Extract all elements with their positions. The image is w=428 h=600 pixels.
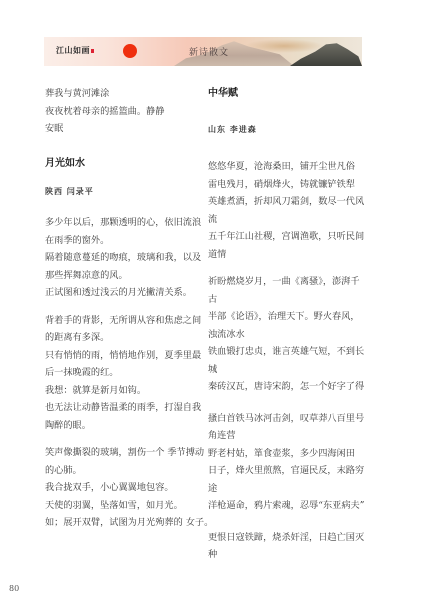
poem-line: 背着手的背影，无所谓从容和焦虑之间 — [45, 312, 191, 330]
poem-line: 古 — [208, 291, 376, 309]
poem-line: 悠悠华夏，沧海桑田，铺开尘世凡俗 — [208, 158, 376, 176]
poem-line: 日子，烽火里煎熬，官逼民反，末路穷 — [208, 462, 376, 480]
poem-line: 陶醉的眼。 — [45, 417, 191, 435]
poem-line: 的距离有多深。 — [45, 329, 191, 347]
poem-line: 笑声像撕裂的玻璃，割伤一个 季节搏动 — [45, 444, 191, 462]
poem-line: 搔白首铁马冰河击剑，叹草莽八百里号 — [208, 410, 376, 428]
poem-line: 后一抹晚霞的红。 — [45, 364, 191, 382]
poem-line: 种 — [208, 546, 376, 564]
intro-line: 葬我与黄河滩涂 — [45, 85, 191, 103]
poem-line: 半部《论语》，治理天下。野火春风， — [208, 308, 376, 326]
poem-line: 野老村姑，箪食壶浆，多少四海闲田 — [208, 445, 376, 463]
poem-line: 城 — [208, 361, 376, 379]
banner-section-title: 新诗散文 — [189, 45, 229, 58]
poem-line: 更恨日寇铁蹄，烧杀奸淫，日趋亡国灭 — [208, 529, 376, 547]
poem-line: 铁血锻打忠贞，谁言英雄气短，不到长 — [208, 343, 376, 361]
header-banner: 江山如画 新诗散文 — [44, 37, 362, 66]
poem-line: 也无法让动静皆温柔的雨季，打湿自我 — [45, 399, 191, 417]
poem-line: 的心肺。 — [45, 462, 191, 480]
poem-line: 正试图和透过浅云的月光撇清关系。 — [45, 284, 191, 302]
poem-line: 隔着随意蔓延的吻痕，玻璃和我，以及 — [45, 249, 191, 267]
poem-title: 月光如水 — [45, 155, 191, 173]
poem-line: 那些挥舞凉意的风。 — [45, 267, 191, 285]
poem-line: 浊流冰水 — [208, 326, 376, 344]
poem-line: 多少年以后，那颗透明的心，依旧流浪 — [45, 214, 191, 232]
poem-line: 在雨季的窗外。 — [45, 232, 191, 250]
left-column: 葬我与黄河滩涂 夜夜枕着母亲的摇篮曲。静静 安眠 月光如水 陕西 闫录平 多少年… — [45, 85, 191, 532]
intro-line: 夜夜枕着母亲的摇篮曲。静静 — [45, 103, 191, 121]
poem-line: 英雄煮酒，折却风刀霜剑，数尽一代风 — [208, 193, 376, 211]
poem-line: 五千年江山社稷，宫调渔歌，只听民间 — [208, 228, 376, 246]
poem-line: 洋枪逼命，鸦片索魂，忍辱“东亚病夫” — [208, 497, 376, 515]
poem-line: 我想：就算是新月如钩。 — [45, 382, 191, 400]
right-column: 中华赋 山东 李进森 悠悠华夏，沧海桑田，铺开尘世凡俗 雷电残月，硝烟烽火，铸就… — [208, 85, 376, 564]
banner-brand: 江山如画 — [56, 45, 94, 56]
seal-icon — [91, 49, 94, 53]
poem-line: 如；展开双臂，试图为月光殉葬的 女子。 — [45, 514, 191, 532]
poem-line: 天使的羽翼，坠落如雪，如月光。 — [45, 497, 191, 515]
poem-author: 陕西 闫录平 — [45, 183, 191, 201]
poem-line: 我合拢双手，小心翼翼地包容。 — [45, 479, 191, 497]
red-sun-icon — [123, 44, 137, 58]
poem-line: 祈盼燃烧岁月，一曲《离骚》，澎湃千 — [208, 273, 376, 291]
poem-author: 山东 李进森 — [208, 121, 376, 139]
poem-title: 中华赋 — [208, 85, 376, 103]
poem-line: 只有悄悄的雨，悄悄地作别，夏季里最 — [45, 347, 191, 365]
poem-line: 途 — [208, 480, 376, 498]
poem-line: 流 — [208, 211, 376, 229]
poem-line: 雷电残月，硝烟烽火，铸就镰铲铁犁 — [208, 176, 376, 194]
page-number: 80 — [9, 584, 19, 593]
poem-line: 秦砖汉瓦，唐诗宋韵，怎一个好字了得 — [208, 378, 376, 396]
poem-line: 道情 — [208, 246, 376, 264]
intro-line: 安眠 — [45, 120, 191, 138]
poem-line: 角连营 — [208, 427, 376, 445]
